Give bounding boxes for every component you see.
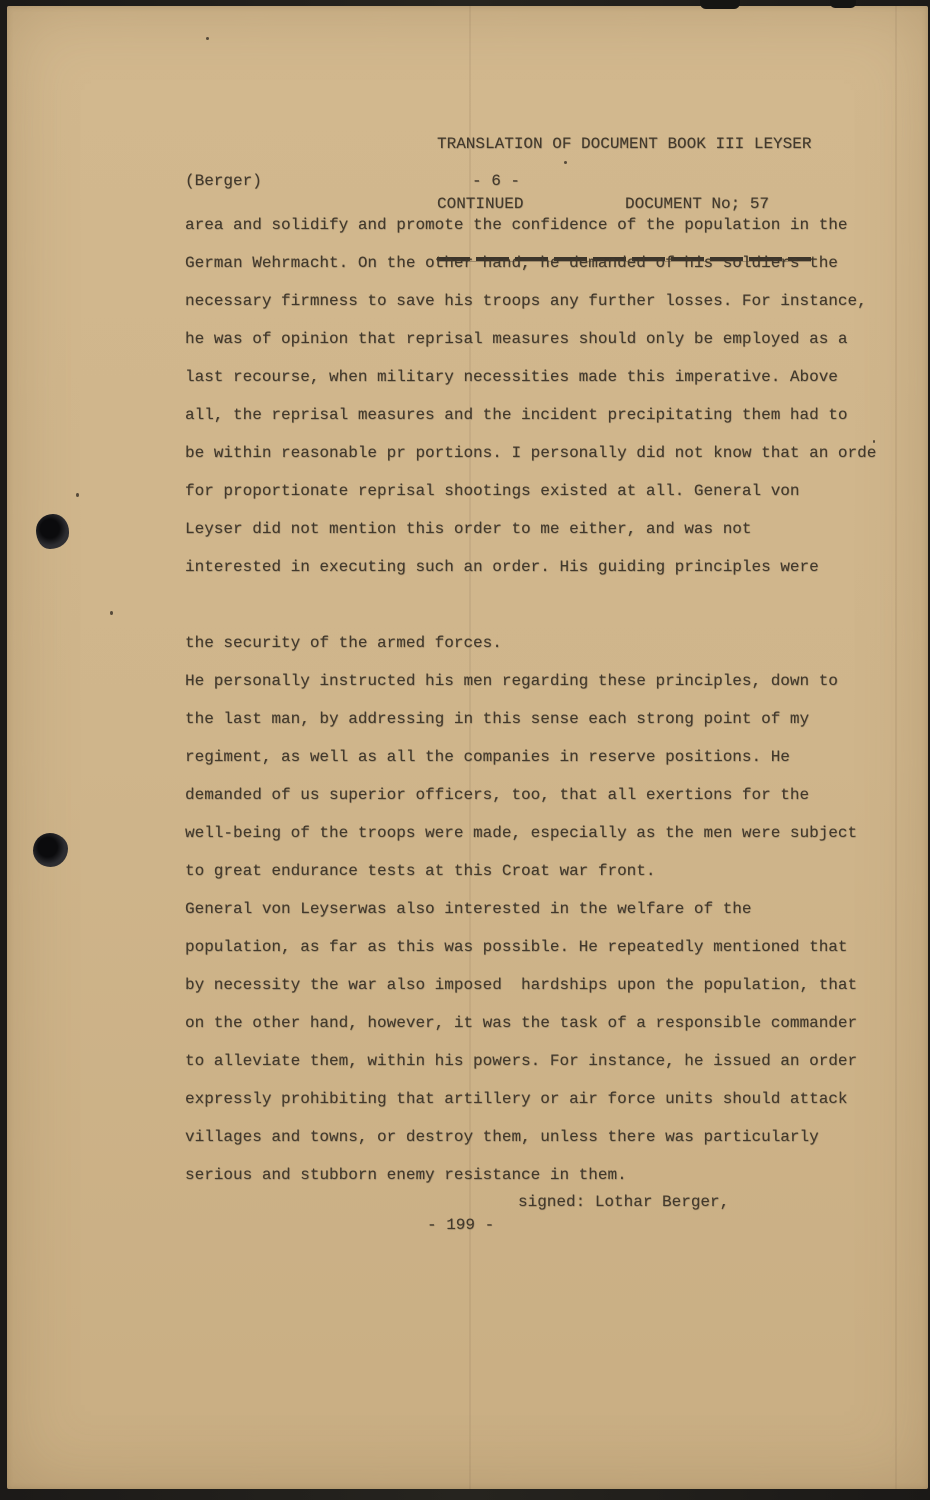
paper-speck [110,611,113,615]
body-line: German Wehrmacht. On the other hand, he … [185,244,895,282]
body-line: interested in executing such an order. H… [185,548,895,586]
affidavit-body: area and solidify and promote the confid… [185,206,895,1194]
body-line: to alleviate them, within his powers. Fo… [185,1042,895,1080]
body-line: the security of the armed forces. [185,624,895,662]
paper-crease [895,6,897,1489]
body-line: villages and towns, or destroy them, unl… [185,1118,895,1156]
body-line: to great endurance tests at this Croat w… [185,852,895,890]
signature-line: signed: Lothar Berger, [518,1193,729,1211]
page-number: - 6 - [472,172,520,190]
header-title: TRANSLATION OF DOCUMENT BOOK III LEYSER [437,132,817,156]
body-line: area and solidify and promote the confid… [185,206,895,244]
body-line: the last man, by addressing in this sens… [185,700,895,738]
scan-edge-notch [700,0,740,9]
deponent-name: (Berger) [185,172,262,190]
body-line: population, as far as this was possible.… [185,928,895,966]
body-line: serious and stubborn enemy resistance in… [185,1156,895,1194]
body-line: regiment, as well as all the companies i… [185,738,895,776]
punch-hole-top [36,514,69,549]
paper-speck [564,161,567,164]
paper-speck [76,493,79,497]
body-line: He personally instructed his men regardi… [185,662,895,700]
body-line: expressly prohibiting that artillery or … [185,1080,895,1118]
body-line: Leyser did not mention this order to me … [185,510,895,548]
body-line: for proportionate reprisal shootings exi… [185,472,895,510]
scan-edge-notch [830,0,856,8]
body-line: he was of opinion that reprisal measures… [185,320,895,358]
paper-speck [206,37,209,40]
body-line: all, the reprisal measures and the incid… [185,396,895,434]
body-line: General von Leyserwas also interested in… [185,890,895,928]
body-line: be within reasonable pr portions. I pers… [185,434,895,472]
exhibit-page-number: - 199 - [427,1216,494,1234]
body-line: on the other hand, however, it was the t… [185,1004,895,1042]
paper-speck [873,440,875,443]
body-line: necessary firmness to save his troops an… [185,282,895,320]
body-line [185,586,895,624]
body-line: demanded of us superior officers, too, t… [185,776,895,814]
body-line: by necessity the war also imposed hardsh… [185,966,895,1004]
body-line: well-being of the troops were made, espe… [185,814,895,852]
body-line: last recourse, when military necessities… [185,358,895,396]
